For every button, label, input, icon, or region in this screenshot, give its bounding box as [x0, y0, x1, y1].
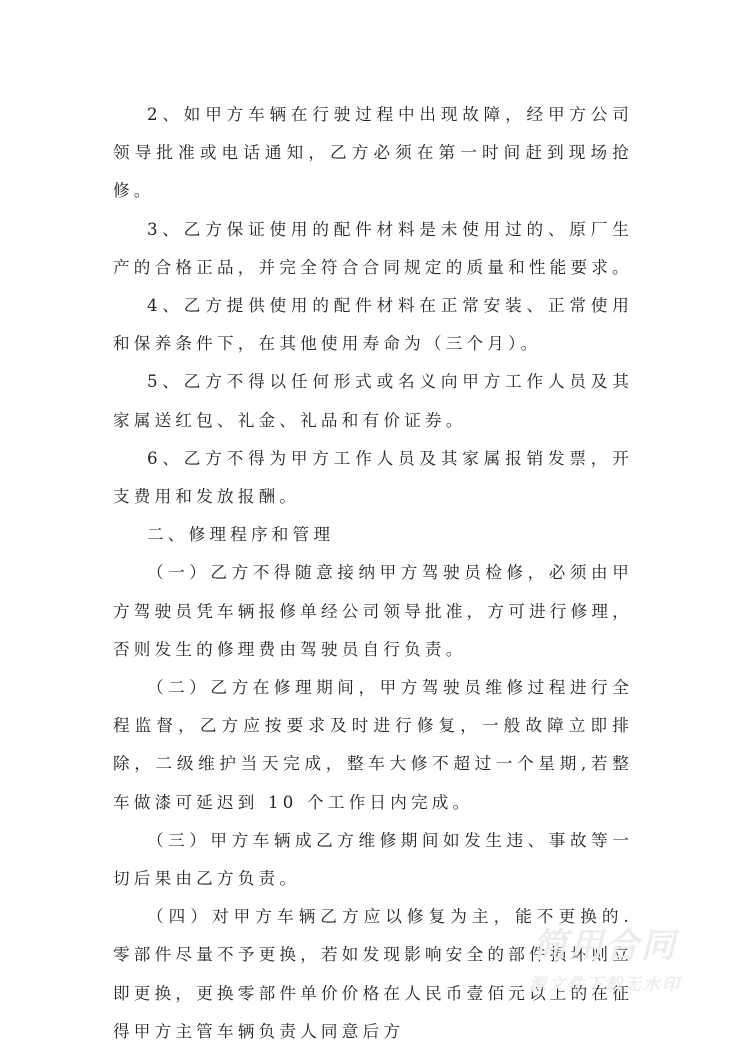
clause-5-paragraph: 5、乙方不得以任何形式或名义向甲方工作人员及其家属送红包、礼金、礼品和有价证券。	[113, 363, 633, 439]
clause-2-paragraph: 2、如甲方车辆在行驶过程中出现故障，经甲方公司领导批准或电话通知，乙方必须在第一…	[113, 96, 633, 211]
item-1-paragraph: （一）乙方不得随意接纳甲方驾驶员检修，必须由甲方驾驶员凭车辆报修单经公司领导批准…	[113, 554, 633, 669]
item-4-paragraph: （四）对甲方车辆乙方应以修复为主，能不更换的.零部件尽量不予更换，若如发现影响安…	[113, 898, 633, 1049]
item-2-paragraph: （二）乙方在修理期间，甲方驾驶员维修过程进行全程监督，乙方应按要求及时进行修复，…	[113, 669, 633, 822]
document-page: 2、如甲方车辆在行驶过程中出现故障，经甲方公司领导批准或电话通知，乙方必须在第一…	[0, 0, 742, 1049]
section-heading: 二、修理程序和管理	[113, 516, 633, 554]
document-body: 2、如甲方车辆在行驶过程中出现故障，经甲方公司领导批准或电话通知，乙方必须在第一…	[113, 96, 633, 1049]
item-3-paragraph: （三）甲方车辆成乙方维修期间如发生违、事故等一切后果由乙方负责。	[113, 822, 633, 898]
clause-3-paragraph: 3、乙方保证使用的配件材料是未使用过的、原厂生产的合格正品，并完全符合合同规定的…	[113, 211, 633, 287]
clause-6-paragraph: 6、乙方不得为甲方工作人员及其家属报销发票，开支费用和发放报酬。	[113, 440, 633, 516]
clause-4-paragraph: 4、乙方提供使用的配件材料在正常安装、正常使用和保养条件下，在其他使用寿命为（三…	[113, 287, 633, 363]
